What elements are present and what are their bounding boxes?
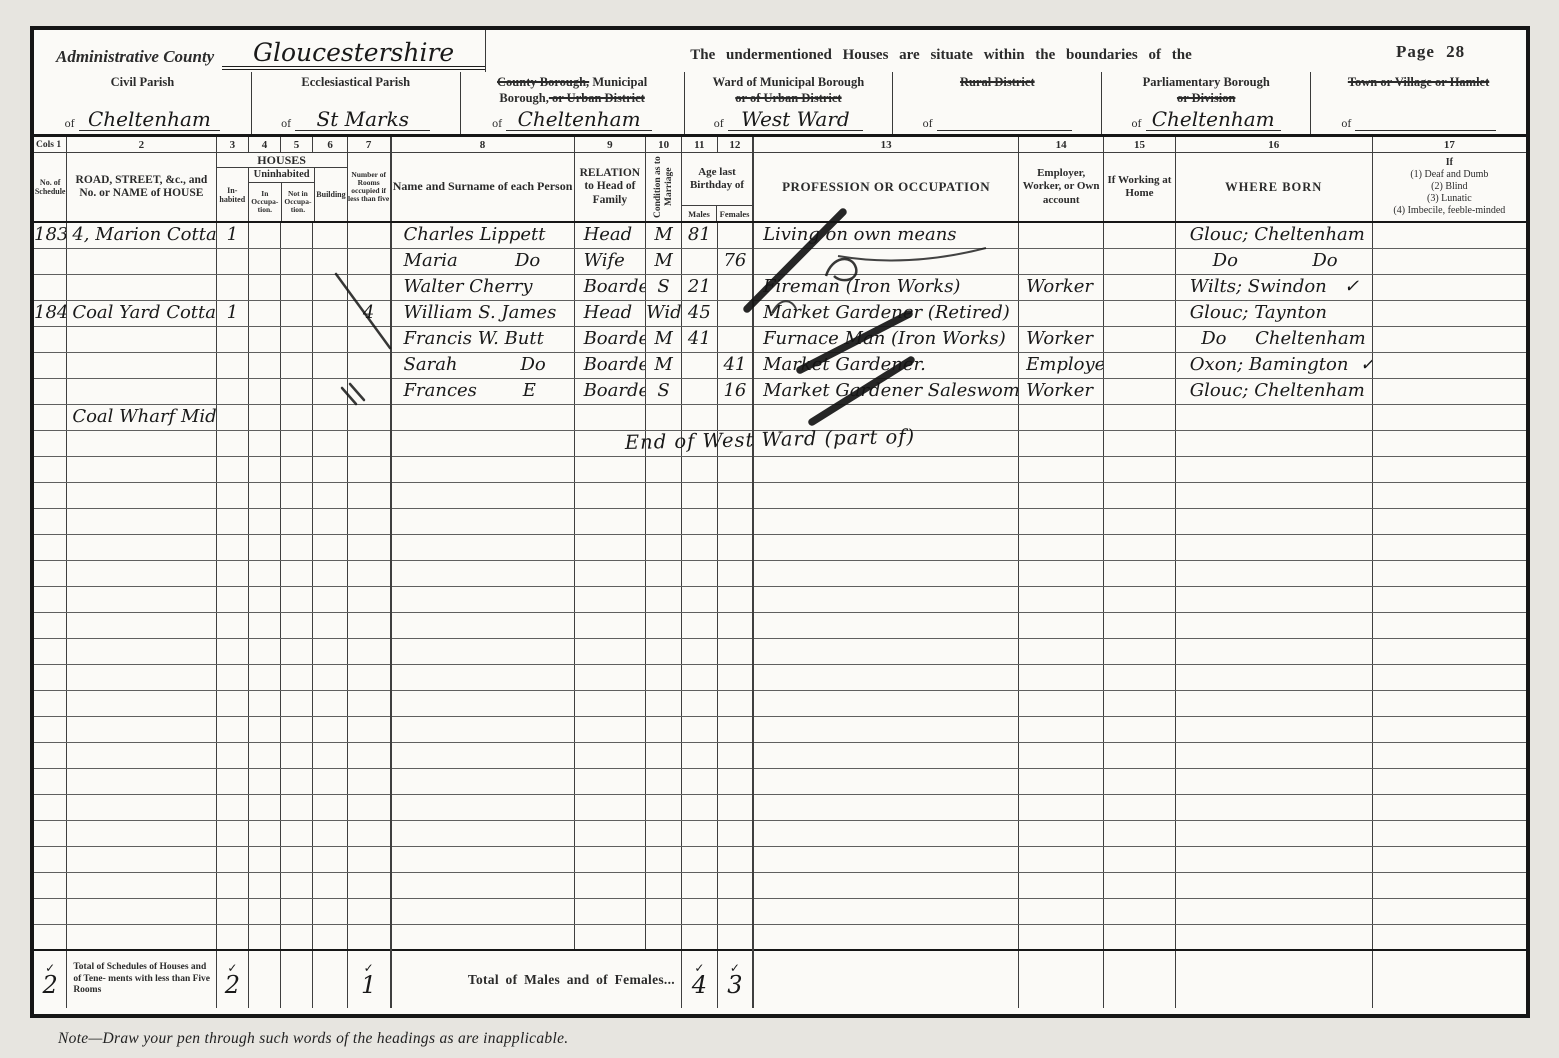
cell-condition (646, 768, 682, 794)
cell-schedule (34, 872, 67, 898)
totals-schedules-label: Total of Schedules of Houses and of Tene… (67, 950, 216, 1008)
cell-home (1104, 716, 1176, 742)
cell-building (313, 898, 347, 924)
cell-inhabited (216, 846, 249, 872)
total-females-value: 3 (727, 973, 742, 997)
cell-born (1175, 482, 1372, 508)
cell-age-f (717, 274, 753, 300)
cell-schedule (34, 352, 67, 378)
col-number-14: 14 (1019, 136, 1104, 153)
cell-address (67, 560, 216, 586)
cell-not-in-occupation (280, 898, 313, 924)
cell-employer (1019, 846, 1104, 872)
ward-value: West Ward (728, 109, 863, 131)
cell-condition (646, 404, 682, 430)
cell-inhabited (216, 274, 249, 300)
cell-condition (646, 742, 682, 768)
town-village-box: Town or Village or Hamlet of (1311, 72, 1526, 134)
cell-infirmity (1372, 430, 1526, 456)
cell-infirmity (1372, 898, 1526, 924)
cell-name: Maria Do (391, 248, 575, 274)
infirmity-line-4: (4) Imbecile, feeble-minded (1373, 205, 1526, 217)
cell-age-m (681, 768, 717, 794)
cell-relation (574, 534, 646, 560)
cell-rooms (347, 716, 390, 742)
cell-occupation (753, 534, 1019, 560)
cell-name (391, 664, 575, 690)
cell-building (313, 248, 347, 274)
admin-county-underline: Gloucestershire (222, 40, 485, 70)
cell-born: Glouc; Taynton (1175, 300, 1372, 326)
cell-occupation (753, 612, 1019, 638)
cell-infirmity (1372, 560, 1526, 586)
females-label: Females (717, 206, 752, 222)
cell-age-m (681, 560, 717, 586)
cell-age-f (717, 898, 753, 924)
cell-schedule (34, 456, 67, 482)
cell-employer (1019, 612, 1104, 638)
cell-infirmity (1372, 716, 1526, 742)
cell-infirmity (1372, 664, 1526, 690)
cell-relation (574, 690, 646, 716)
col-header-profession: PROFESSION OR OCCUPATION (753, 153, 1019, 223)
cell-inhabited (216, 716, 249, 742)
empty-row (34, 456, 1526, 482)
cell-born (1175, 586, 1372, 612)
cell-occupation (753, 638, 1019, 664)
cell-infirmity (1372, 924, 1526, 950)
col-header-home: If Working at Home (1104, 153, 1176, 223)
cell-schedule (34, 690, 67, 716)
cell-condition (646, 690, 682, 716)
cell-not-in-occupation (280, 378, 313, 404)
parliamentary-borough-box: Parliamentary Borough or Division ofChel… (1102, 72, 1311, 134)
cell-age-m (681, 352, 717, 378)
cell-name: William S. James (391, 300, 575, 326)
cell-name (391, 768, 575, 794)
col-header-age: Age last Birthday of Males Females (681, 153, 753, 223)
cell-in-occupation (249, 768, 280, 794)
cell-age-f (717, 326, 753, 352)
cell-employer (1019, 248, 1104, 274)
cell-employer (1019, 508, 1104, 534)
cell-not-in-occupation (280, 768, 313, 794)
cell-rooms (347, 534, 390, 560)
cell-age-f (717, 300, 753, 326)
cell-born (1175, 534, 1372, 560)
cell-building (313, 612, 347, 638)
cell-address (67, 716, 216, 742)
cell-name (391, 690, 575, 716)
cell-employer (1019, 638, 1104, 664)
cell-building (313, 560, 347, 586)
cell-in-occupation (249, 378, 280, 404)
cell-home (1104, 352, 1176, 378)
cell-schedule (34, 898, 67, 924)
cell-rooms (347, 248, 390, 274)
cell-name: Francis W. Butt (391, 326, 575, 352)
cell-relation: Wife (574, 248, 646, 274)
footnote: Note—Draw your pen through such words of… (58, 1030, 568, 1048)
cell-age-f (717, 846, 753, 872)
col-header-employer: Employer, Worker, or Own account (1019, 153, 1104, 223)
cell-schedule (34, 430, 67, 456)
cell-name (391, 820, 575, 846)
cell-infirmity (1372, 222, 1526, 248)
cell-in-occupation (249, 638, 280, 664)
cell-rooms (347, 872, 390, 898)
cell-in-occupation (249, 560, 280, 586)
cell-home (1104, 482, 1176, 508)
cell-rooms (347, 378, 390, 404)
cell-employer (1019, 560, 1104, 586)
cell-age-m (681, 664, 717, 690)
cell-not-in-occupation (280, 794, 313, 820)
cell-employer: Worker (1019, 274, 1104, 300)
cell-employer (1019, 300, 1104, 326)
cell-employer: Worker (1019, 326, 1104, 352)
cell-home (1104, 846, 1176, 872)
cell-age-f (717, 534, 753, 560)
cell-name (391, 456, 575, 482)
situate-text: The undermentioned Houses are situate wi… (486, 47, 1396, 72)
cell-building (313, 508, 347, 534)
cell-in-occupation (249, 222, 280, 248)
cell-employer (1019, 222, 1104, 248)
cell-home (1104, 378, 1176, 404)
column-titles-row: No. of Schedule ROAD, STREET, &c., and N… (34, 153, 1526, 223)
cell-building (313, 326, 347, 352)
col-number-16: 16 (1175, 136, 1372, 153)
cell-in-occupation (249, 742, 280, 768)
empty-cell (280, 950, 313, 1008)
cell-in-occupation (249, 794, 280, 820)
borough-value: Cheltenham (506, 109, 652, 131)
cell-employer (1019, 924, 1104, 950)
totals-section: ✓2 Total of Schedules of Houses and of T… (34, 950, 1526, 1008)
cell-age-f: 41 (717, 352, 753, 378)
cell-inhabited (216, 326, 249, 352)
cell-name (391, 508, 575, 534)
cell-home (1104, 586, 1176, 612)
cell-employer (1019, 690, 1104, 716)
table-header: Cols 1 2 3 4 5 6 7 8 9 10 11 12 13 14 15… (34, 136, 1526, 223)
cell-schedule (34, 820, 67, 846)
cell-schedule: 184 (34, 300, 67, 326)
cell-in-occupation (249, 534, 280, 560)
cell-in-occupation (249, 248, 280, 274)
cell-not-in-occupation (280, 456, 313, 482)
empty-row (34, 534, 1526, 560)
cell-building (313, 846, 347, 872)
cell-relation (574, 924, 646, 950)
cell-in-occupation (249, 404, 280, 430)
cell-age-f: 16 (717, 378, 753, 404)
cell-home (1104, 326, 1176, 352)
cell-age-f (717, 820, 753, 846)
cell-occupation (753, 508, 1019, 534)
cell-employer (1019, 716, 1104, 742)
total-males-value: 4 (692, 973, 707, 997)
cell-infirmity (1372, 404, 1526, 430)
cell-occupation (753, 690, 1019, 716)
col-number-12: 12 (717, 136, 753, 153)
empty-row (34, 690, 1526, 716)
parliamentary-label: Parliamentary Borough (1143, 75, 1270, 89)
cell-not-in-occupation (280, 924, 313, 950)
cell-infirmity (1372, 248, 1526, 274)
cell-relation (574, 716, 646, 742)
cell-in-occupation (249, 716, 280, 742)
cell-address (67, 456, 216, 482)
total-houses-cell: ✓2 (216, 950, 249, 1008)
cell-building (313, 378, 347, 404)
cell-condition (646, 846, 682, 872)
census-row: Francis W. ButtBoarderM41Furnace Man (Ir… (34, 326, 1526, 352)
cell-occupation (753, 482, 1019, 508)
cell-condition (646, 456, 682, 482)
cell-rooms (347, 794, 390, 820)
cell-home (1104, 638, 1176, 664)
cell-home (1104, 612, 1176, 638)
cell-building (313, 222, 347, 248)
census-page: { "header": { "admin_county_label": "Adm… (0, 0, 1559, 1058)
cell-not-in-occupation (280, 430, 313, 456)
cell-name (391, 794, 575, 820)
empty-row (34, 560, 1526, 586)
cell-employer (1019, 664, 1104, 690)
census-row: Maria DoWifeM76 Do Do (34, 248, 1526, 274)
census-row: 1834, Marion Cottages1Charles LippettHea… (34, 222, 1526, 248)
cell-born (1175, 664, 1372, 690)
cell-building (313, 456, 347, 482)
cell-condition (646, 612, 682, 638)
col-header-name: Name and Surname of each Person (391, 153, 575, 223)
cell-rooms (347, 846, 390, 872)
total-males-cell: ✓4 (681, 950, 717, 1008)
cell-occupation (753, 794, 1019, 820)
cell-building (313, 872, 347, 898)
cell-employer (1019, 742, 1104, 768)
cell-born: Glouc; Cheltenham (1175, 222, 1372, 248)
admin-county-label: Administrative County (56, 47, 214, 70)
cell-occupation: Living on own means (753, 222, 1019, 248)
cell-born: Do Cheltenham (1175, 326, 1372, 352)
cell-home (1104, 430, 1176, 456)
cell-name (391, 404, 575, 430)
col-number-3: 3 (216, 136, 249, 153)
cell-in-occupation (249, 664, 280, 690)
cell-born (1175, 430, 1372, 456)
col-header-relation: RELATION to Head of Family (574, 153, 646, 223)
borough-label: Municipal (589, 75, 647, 89)
empty-row (34, 768, 1526, 794)
cell-address: Coal Yard Cottage (67, 300, 216, 326)
ecclesiastical-parish-label: Ecclesiastical Parish (301, 75, 410, 89)
admin-county-value: Gloucestershire (253, 38, 454, 67)
cell-born (1175, 794, 1372, 820)
cell-age-f (717, 222, 753, 248)
cell-relation (574, 794, 646, 820)
cell-condition (646, 586, 682, 612)
cell-building (313, 430, 347, 456)
cell-occupation (753, 924, 1019, 950)
cell-relation (574, 482, 646, 508)
cell-born: Oxon; Bamington ✓ (1175, 352, 1372, 378)
empty-cell (249, 950, 280, 1008)
cell-born (1175, 404, 1372, 430)
cell-employer: Worker (1019, 378, 1104, 404)
col-number-11: 11 (681, 136, 717, 153)
cell-building (313, 820, 347, 846)
cell-name (391, 872, 575, 898)
cell-condition: M (646, 248, 682, 274)
cell-occupation (753, 768, 1019, 794)
totals-males-females-label: Total of Males and of Females... (391, 950, 682, 1008)
cell-born (1175, 612, 1372, 638)
cell-rooms (347, 820, 390, 846)
cell-condition: S (646, 378, 682, 404)
cell-infirmity (1372, 768, 1526, 794)
cell-relation (574, 846, 646, 872)
ecclesiastical-parish-value: St Marks (295, 109, 430, 131)
cell-address (67, 690, 216, 716)
cell-infirmity (1372, 742, 1526, 768)
empty-cell (753, 950, 1019, 1008)
cell-address (67, 248, 216, 274)
cell-not-in-occupation (280, 300, 313, 326)
cell-relation (574, 560, 646, 586)
cell-employer (1019, 430, 1104, 456)
empty-row (34, 820, 1526, 846)
cell-schedule (34, 248, 67, 274)
cell-building (313, 274, 347, 300)
cell-rooms (347, 742, 390, 768)
cell-address (67, 274, 216, 300)
cell-born: Glouc; Cheltenham (1175, 378, 1372, 404)
cell-inhabited (216, 482, 249, 508)
cell-relation (574, 820, 646, 846)
cell-home (1104, 898, 1176, 924)
cell-in-occupation (249, 612, 280, 638)
cell-home (1104, 534, 1176, 560)
cell-relation (574, 768, 646, 794)
cell-born (1175, 560, 1372, 586)
cell-schedule (34, 638, 67, 664)
cell-age-m: 41 (681, 326, 717, 352)
of-label: of (1341, 116, 1351, 131)
cell-born: Wilts; Swindon ✓ (1175, 274, 1372, 300)
cell-not-in-occupation (280, 690, 313, 716)
cell-condition (646, 716, 682, 742)
cell-schedule (34, 742, 67, 768)
col-number-7: 7 (347, 136, 390, 153)
cell-not-in-occupation (280, 638, 313, 664)
of-label: of (65, 116, 75, 131)
cell-inhabited (216, 430, 249, 456)
cell-condition (646, 898, 682, 924)
empty-row (34, 924, 1526, 950)
census-row: 184Coal Yard Cottage14William S. JamesHe… (34, 300, 1526, 326)
cell-occupation: Fireman (Iron Works) (753, 274, 1019, 300)
cell-condition (646, 534, 682, 560)
col-number-4: 4 (249, 136, 280, 153)
cell-age-f (717, 638, 753, 664)
ecclesiastical-parish-box: Ecclesiastical Parish ofSt Marks (252, 72, 461, 134)
of-label: of (1132, 116, 1142, 131)
cell-home (1104, 248, 1176, 274)
ward-label: Ward of Municipal Borough (713, 75, 865, 89)
cell-inhabited (216, 742, 249, 768)
total-females-cell: ✓3 (717, 950, 753, 1008)
cell-born (1175, 456, 1372, 482)
cell-inhabited: 1 (216, 300, 249, 326)
cell-not-in-occupation (280, 846, 313, 872)
cell-not-in-occupation (280, 586, 313, 612)
cell-age-m (681, 378, 717, 404)
cell-schedule (34, 534, 67, 560)
col-number-8: 8 (391, 136, 575, 153)
cell-home (1104, 794, 1176, 820)
cell-age-m (681, 898, 717, 924)
cell-employer (1019, 898, 1104, 924)
cell-relation (574, 898, 646, 924)
cell-age-f (717, 404, 753, 430)
cell-infirmity (1372, 508, 1526, 534)
infirmity-if: If (1373, 157, 1526, 169)
cell-inhabited (216, 534, 249, 560)
cell-address (67, 742, 216, 768)
col-number-5: 5 (280, 136, 313, 153)
cell-schedule (34, 768, 67, 794)
empty-row (34, 898, 1526, 924)
cell-rooms (347, 612, 390, 638)
col-number-6: 6 (313, 136, 347, 153)
of-label: of (492, 116, 502, 131)
cell-in-occupation (249, 898, 280, 924)
cell-age-m: 45 (681, 300, 717, 326)
cell-age-m: 81 (681, 222, 717, 248)
cell-infirmity (1372, 638, 1526, 664)
census-rows: 1834, Marion Cottages1Charles LippettHea… (34, 222, 1526, 950)
cell-name: Walter Cherry (391, 274, 575, 300)
cell-rooms (347, 404, 390, 430)
col-header-born: WHERE BORN (1175, 153, 1372, 223)
cell-employer (1019, 768, 1104, 794)
cell-in-occupation (249, 352, 280, 378)
cell-not-in-occupation (280, 534, 313, 560)
cell-inhabited (216, 352, 249, 378)
cell-address (67, 820, 216, 846)
cell-address (67, 612, 216, 638)
cell-age-f (717, 768, 753, 794)
cell-occupation (753, 820, 1019, 846)
cell-not-in-occupation (280, 560, 313, 586)
in-occupation-title: In Occupa-tion. (249, 183, 282, 221)
cell-building (313, 300, 347, 326)
cell-rooms (347, 274, 390, 300)
cell-address (67, 430, 216, 456)
cell-name (391, 482, 575, 508)
cell-in-occupation (249, 872, 280, 898)
page-number: Page 28 (1396, 42, 1526, 72)
cell-not-in-occupation (280, 274, 313, 300)
cell-in-occupation (249, 924, 280, 950)
cell-in-occupation (249, 690, 280, 716)
cell-infirmity (1372, 690, 1526, 716)
cell-schedule (34, 404, 67, 430)
cell-not-in-occupation (280, 404, 313, 430)
